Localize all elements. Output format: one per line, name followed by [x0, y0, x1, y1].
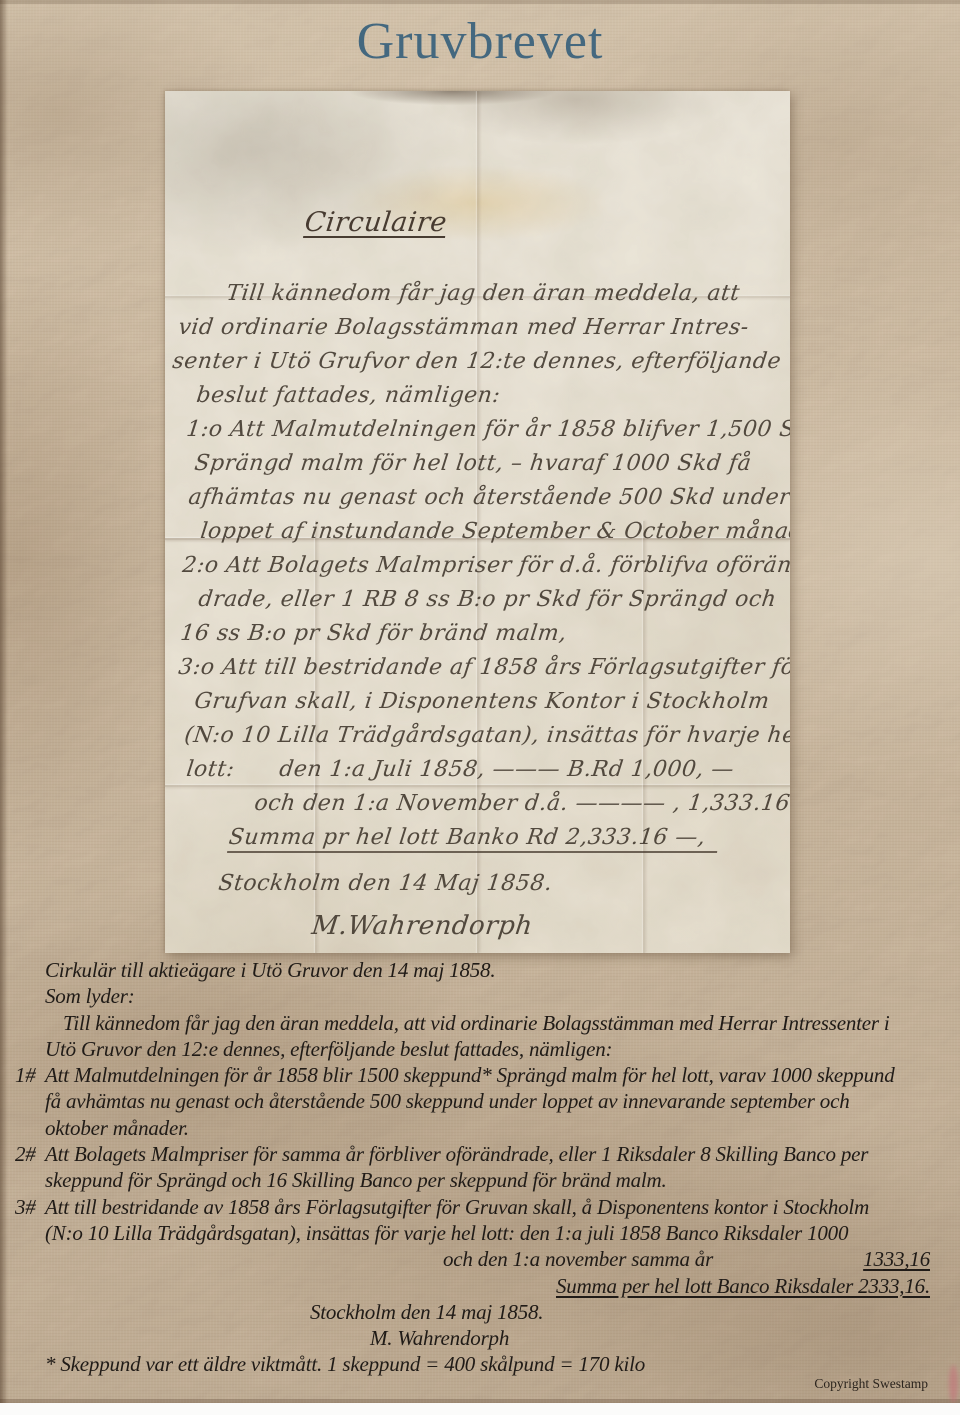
transcript-paragraph-line: Utö Gruvor den 12:e dennes, efterföljand… — [45, 1036, 930, 1062]
copyright-label: Copyright Swestamp — [814, 1376, 928, 1392]
handwritten-signature: M.Wahrendorph — [310, 911, 534, 941]
fabric-bottom-edge — [0, 1399, 960, 1403]
item-marker: 3# — [15, 1194, 45, 1220]
transcription: Cirkulär till aktieägare i Utö Gruvor de… — [45, 957, 930, 1378]
item-text: Att till bestridande av 1858 års Förlags… — [45, 1195, 869, 1219]
transcript-place-date: Stockholm den 14 maj 1858. — [310, 1299, 930, 1325]
handwritten-line: 2:o Att Bolagets Malmpriser för d.å. för… — [181, 553, 790, 578]
handwritten-line: Till kännedom får jag den äran meddela, … — [225, 281, 741, 306]
november-text: och den 1:a november samma år — [443, 1246, 713, 1272]
fabric-top-edge — [0, 0, 960, 4]
page-title: Gruvbrevet — [0, 12, 960, 71]
letter-heading: Circulaire — [303, 207, 449, 238]
item-text: Att Bolagets Malmpriser för samma år för… — [45, 1142, 868, 1166]
transcript-intro: Cirkulär till aktieägare i Utö Gruvor de… — [45, 957, 930, 983]
transcript-item-1-cont: oktober månader. — [45, 1115, 930, 1141]
transcript-summa-row: Summa per hel lott Banco Riksdaler 2333,… — [45, 1273, 930, 1299]
transcript-november-row: och den 1:a november samma år1333,16 — [45, 1246, 930, 1272]
handwritten-line: beslut fattades, nämligen: — [195, 383, 502, 408]
summa-text: Summa per hel lott Banco Riksdaler 2333,… — [556, 1274, 930, 1298]
fabric-red-mark — [949, 1365, 958, 1403]
item-marker: 2# — [15, 1141, 45, 1167]
fabric-left-edge — [0, 0, 8, 1403]
handwritten-line: 1:o Att Malmutdelningen för år 1858 blif… — [185, 417, 790, 442]
item-text: Att Malmutdelningen för år 1858 blir 150… — [45, 1063, 895, 1087]
fabric-background: Gruvbrevet Circulaire Till kännedom får … — [0, 0, 960, 1403]
letter-scan: Circulaire Till kännedom får jag den ära… — [165, 91, 790, 953]
handwritten-line: loppet af instundande September & Octobe… — [199, 519, 790, 544]
item-marker: 1# — [15, 1062, 45, 1088]
transcript-item-1-cont: få avhämtas nu genast och återstående 50… — [45, 1088, 930, 1114]
handwritten-line: och den 1:a November d.å. ———— , 1,333.1… — [253, 791, 790, 816]
transcript-item-3: 3#Att till bestridande av 1858 års Förla… — [15, 1194, 930, 1220]
transcript-item-1: 1#Att Malmutdelningen för år 1858 blir 1… — [15, 1062, 930, 1088]
handwritten-line: vid ordinarie Bolagsstämman med Herrar I… — [177, 315, 750, 340]
transcript-item-3-cont: (N:o 10 Lilla Trädgårdsgatan), insättas … — [45, 1220, 930, 1246]
handwritten-summa-line: Summa pr hel lott Banko Rd 2,333.16 —, — [227, 825, 721, 853]
handwritten-line: afhämtas nu genast och återstående 500 S… — [187, 485, 790, 510]
handwritten-line: 3:o Att till bestridande af 1858 års För… — [177, 655, 790, 680]
handwritten-line: drade, eller 1 RB 8 ss B:o pr Skd för Sp… — [197, 587, 778, 612]
handwritten-line: (N:o 10 Lilla Trädgårdsgatan), insättas … — [183, 723, 790, 748]
transcript-paragraph-line: Till kännedom får jag den äran meddela, … — [45, 1010, 930, 1036]
november-amount: 1333,16 — [863, 1246, 930, 1272]
handwritten-line: senter i Utö Grufvor den 12:te dennes, e… — [171, 349, 783, 374]
handwritten-line: 16 ss B:o pr Skd för bränd malm, — [179, 621, 568, 646]
handwritten-line: Sprängd malm för hel lott, – hvaraf 1000… — [193, 451, 753, 476]
transcript-footnote: * Skeppund var ett äldre viktmått. 1 ske… — [45, 1351, 930, 1377]
transcript-item-2-cont: skeppund för Sprängd och 16 Skilling Ban… — [45, 1167, 930, 1193]
transcript-signatory: M. Wahrendorph — [370, 1325, 930, 1351]
transcript-item-2: 2#Att Bolagets Malmpriser för samma år f… — [15, 1141, 930, 1167]
handwritten-line: lott: den 1:a Juli 1858, ——— B.Rd 1,000,… — [185, 757, 735, 782]
handwritten-dateline: Stockholm den 14 Maj 1858. — [217, 871, 554, 896]
transcript-lyder: Som lyder: — [45, 983, 930, 1009]
handwritten-line: Grufvan skall, i Disponentens Kontor i S… — [193, 689, 771, 714]
